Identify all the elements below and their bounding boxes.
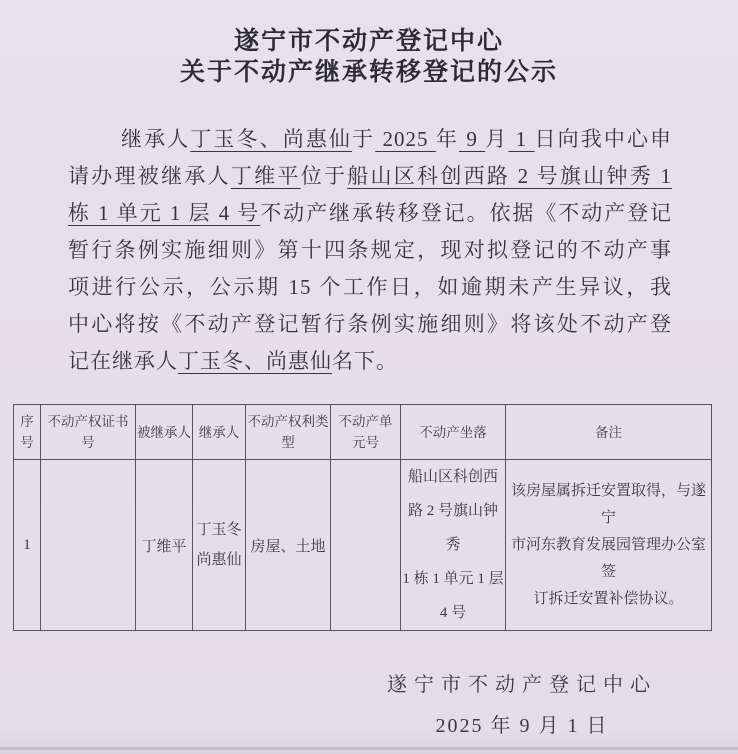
body-line: 请办理被继承人丁维平位于船山区科创西路 2 号旗山钟秀 1 (68, 158, 672, 195)
col-header-decedent: 被继承人 (136, 405, 193, 460)
cell-remark: 该房屋属拆迁安置取得，与遂宁 市河东教育发展园管理办公室签 订拆迁安置补偿协议。 (506, 460, 712, 631)
cell-right-type: 房屋、土地 (246, 460, 331, 631)
table-row: 1 丁维平 丁玉冬 尚惠仙 房屋、土地 船山区科创西 路 2 号旗山钟秀 1 栋… (14, 460, 712, 631)
body-line: 栋 1 单元 1 层 4 号不动产继承转移登记。依据《不动产登记 (68, 195, 672, 232)
text-segment: 项进行公示，公示期 15 个工作日，如逾期未产生异议，我 (68, 275, 672, 299)
day-underlined: 1 (508, 127, 534, 151)
cell-cert-no (41, 460, 136, 631)
cell-unit-no (331, 460, 401, 631)
text-segment: 中心将按《不动产登记暂行条例实施细则》将该处不动产登 (68, 312, 672, 336)
address-underlined: 船山区科创西路 2 号旗山钟秀 1 (347, 164, 672, 188)
notice-title-line2: 关于不动产继承转移登记的公示 (0, 57, 738, 88)
col-header-right-type: 不动产权利类型 (246, 405, 331, 460)
col-header-seq: 序号 (14, 405, 41, 460)
text-segment: 于 (352, 127, 375, 151)
body-line: 项进行公示，公示期 15 个工作日，如逾期未产生异议，我 (68, 269, 672, 306)
text-segment: 名下。 (332, 349, 398, 373)
year-underlined: 2025 (375, 127, 436, 151)
col-header-unit-no: 不动产单元号 (331, 405, 401, 460)
text-segment: 暂行条例实施细则》第十四条规定，现对拟登记的不动产事 (68, 238, 672, 262)
col-header-heir: 继承人 (193, 405, 246, 460)
address-underlined: 栋 1 单元 1 层 4 号 (68, 201, 260, 225)
cell-heirs: 丁玉冬 尚惠仙 (193, 460, 246, 631)
issue-date: 2025 年 9 月 1 日 (372, 713, 672, 739)
text-segment: 日向我中心申 (535, 127, 673, 151)
scan-edge-artifact (0, 747, 738, 750)
col-header-location: 不动产坐落 (401, 405, 506, 460)
scanned-notice-page: 遂宁市不动产登记中心 关于不动产继承转移登记的公示 继承人丁玉冬、尚惠仙于 20… (0, 0, 738, 754)
notice-title-line1: 遂宁市不动产登记中心 (0, 26, 738, 57)
cell-location: 船山区科创西 路 2 号旗山钟秀 1 栋 1 单元 1 层 4 号 (401, 460, 506, 631)
text-segment: 月 (485, 127, 508, 151)
cell-decedent: 丁维平 (136, 460, 193, 631)
text-segment: 年 (436, 127, 459, 151)
body-line: 暂行条例实施细则》第十四条规定，现对拟登记的不动产事 (68, 232, 672, 269)
body-line: 中心将按《不动产登记暂行条例实施细则》将该处不动产登 (68, 306, 672, 343)
text-segment: 位于 (301, 164, 348, 188)
text-segment: 不动产继承转移登记。依据《不动产登记 (260, 201, 672, 225)
table-header-row: 序号 不动产权证书号 被继承人 继承人 不动产权利类型 不动产单元号 不动产坐落… (14, 405, 712, 460)
decedent-name-underlined: 丁维平 (231, 164, 301, 188)
body-line: 继承人丁玉冬、尚惠仙于 2025 年 9 月 1 日向我中心申 (68, 121, 672, 158)
issuing-org: 遂宁市不动产登记中心 (372, 672, 672, 698)
registration-table: 序号 不动产权证书号 被继承人 继承人 不动产权利类型 不动产单元号 不动产坐落… (13, 404, 712, 631)
heir-names-underlined: 丁玉冬、尚惠仙 (190, 127, 352, 151)
text-segment: 继承人 (121, 127, 190, 151)
body-line: 记在继承人丁玉冬、尚惠仙名下。 (68, 343, 672, 380)
text-segment: 记在继承人 (68, 349, 178, 373)
signature-block: 遂宁市不动产登记中心 2025 年 9 月 1 日 (372, 672, 672, 739)
heir-names-underlined: 丁玉冬、尚惠仙 (178, 349, 332, 373)
cell-seq: 1 (14, 460, 41, 631)
col-header-remark: 备注 (506, 405, 712, 460)
text-segment: 请办理被继承人 (68, 164, 231, 188)
notice-body: 继承人丁玉冬、尚惠仙于 2025 年 9 月 1 日向我中心申 请办理被继承人丁… (68, 121, 672, 380)
notice-title: 遂宁市不动产登记中心 关于不动产继承转移登记的公示 (0, 0, 738, 88)
month-underlined: 9 (459, 127, 485, 151)
col-header-cert-no: 不动产权证书号 (41, 405, 136, 460)
